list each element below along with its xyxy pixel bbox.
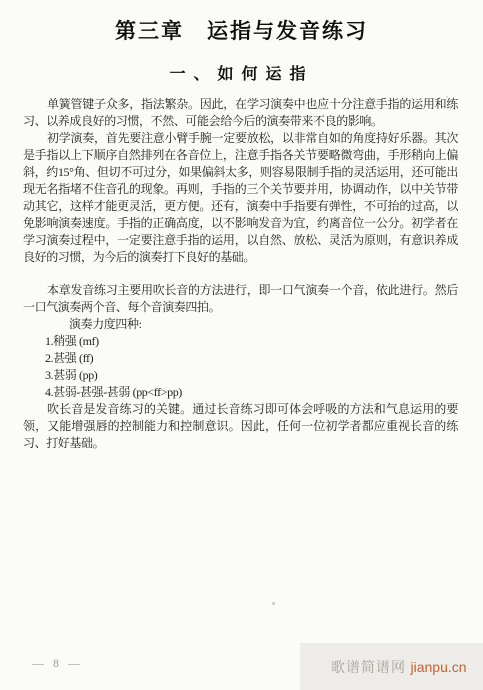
dynamics-list: 1.稍强 (mf) 2.甚强 (ff) 3.甚弱 (pp) 4.甚弱-甚强-甚弱… <box>23 333 458 401</box>
chapter-title: 第三章 运指与发音练习 <box>0 15 483 45</box>
scanned-document-page: 第三章 运指与发音练习 一、如何运指 单簧管键子众多，指法繁杂。因此，在学习演奏… <box>0 0 483 690</box>
page-number: — 8 — <box>32 656 83 671</box>
scan-speck <box>272 602 275 605</box>
dynamics-heading: 演奏力度四种: <box>23 316 458 333</box>
watermark: 歌谱简谱网 jianpu.cn <box>331 657 467 677</box>
dynamics-item: 1.稍强 (mf) <box>23 333 458 350</box>
watermark-url: jianpu.cn <box>411 659 467 675</box>
dynamics-item: 2.甚强 (ff) <box>23 350 458 367</box>
watermark-site-name: 歌谱简谱网 <box>331 661 411 676</box>
scan-speck <box>446 96 448 98</box>
paragraph: 本章发音练习主要用吹长音的方法进行，即一口气演奏一个音，依此进行。然后一口气演奏… <box>23 282 458 316</box>
paragraph: 单簧管键子众多，指法繁杂。因此，在学习演奏中也应十分注意手指的运用和练习、以养成… <box>23 96 458 130</box>
section-title: 一、如何运指 <box>0 61 483 84</box>
paragraph: 初学演奏，首先要注意小臂手腕一定要放松，以非常自如的角度持好乐器。其次是手指以上… <box>23 130 458 266</box>
dynamics-item: 4.甚弱-甚强-甚弱 (pp<ff>pp) <box>23 384 458 401</box>
dynamics-item: 3.甚弱 (pp) <box>23 367 458 384</box>
closing-paragraph: 吹长音是发音练习的关键。通过长音练习即可体会呼吸的方法和气息运用的要领，又能增强… <box>23 401 458 452</box>
body-text: 单簧管键子众多，指法繁杂。因此，在学习演奏中也应十分注意手指的运用和练习、以养成… <box>23 96 458 452</box>
